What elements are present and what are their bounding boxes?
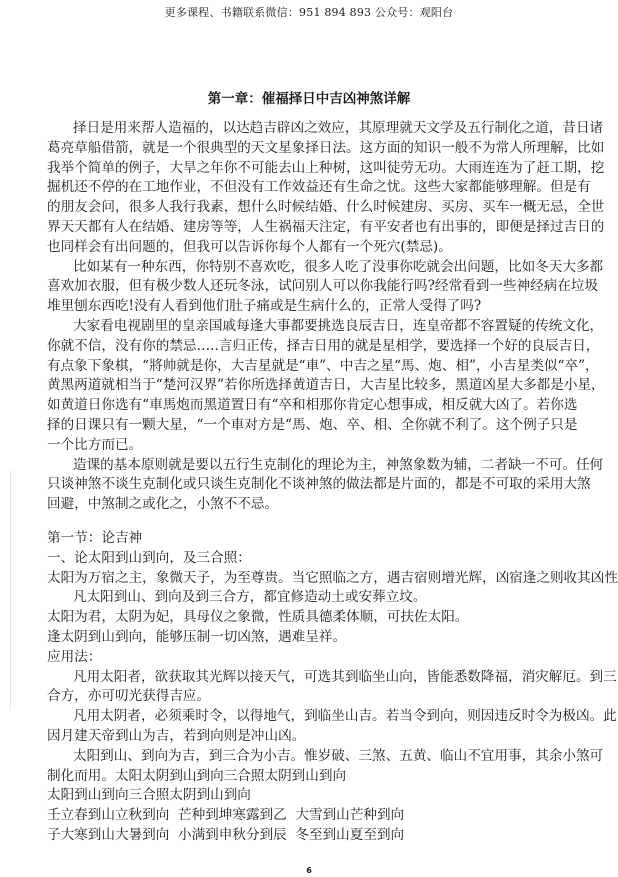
text-line: 比如某有一种东西，你特别不喜欢吃，很多人吃了没事你吃就会出问题，比如冬天大多都 bbox=[47, 258, 577, 278]
spacer bbox=[47, 515, 577, 529]
text-line: 的朋友会问，很多人我行我素，想什么时候结婚、什么时候建房、买房、买车一概无忌，全… bbox=[47, 198, 577, 218]
text-line: 喜欢加衣服，但有极少数人还玩冬泳，试问别人可以你我能行吗?经常看到一些神经病在垃… bbox=[47, 277, 577, 297]
text-line: 界天天都有人在结婚、建房等等，人生祸福天注定，有平安者也有出事的，即便是择过吉日… bbox=[47, 218, 577, 238]
paragraph: 造课的基本原则就是要以五行生克制化的理论为主，神煞象数为辅，二者缺一不可。任何 … bbox=[47, 456, 577, 515]
text-line: 合方，亦可叨光获得吉应。 bbox=[47, 687, 577, 707]
text-line: 凡用太阳者，欲获取其光辉以接天气，可选其到临坐山向，皆能悉数降福，消灾解厄。到三 bbox=[47, 668, 577, 688]
text-line: 太阳为万宿之主，象微天子，为至尊贵。当它照临之方，遇吉宿则增光辉，凶宿逢之则收其… bbox=[47, 569, 577, 589]
text-line: 制化而用。太阳太阴到山到向三合照太阴到山到向 bbox=[47, 767, 577, 787]
table-line: 太阳到山到向三合照太阴到山到向 bbox=[47, 786, 577, 806]
table-line: 子大寒到山大暑到向 小满到申秋分到辰 冬至到山夏至到向 bbox=[47, 826, 577, 846]
text-line: 一个比方而已。 bbox=[47, 436, 577, 456]
text-line: 太阳为君，太阴为妃，具母仪之象微，性质具德柔体顺，可扶佐太阳。 bbox=[47, 608, 577, 628]
section-title: 第一节：论吉神 bbox=[47, 529, 577, 549]
text-line: 大家看电视剧里的皇亲国戚每逢大事都要挑选良辰吉日，连皇帝都不容置疑的传统文化， bbox=[47, 317, 577, 337]
chapter-title: 第一章：催福择日中吉凶神煞详解 bbox=[0, 87, 618, 107]
text-line: 葛亮草船借箭，就是一个很典型的天文星象择日法。这方面的知识一般不为常人所理解，比… bbox=[47, 139, 577, 159]
text-line: 凡用太阴者，必须乘时令，以得地气，到临坐山吉。若当令到向，则因违反时令为极凶。此 bbox=[47, 707, 577, 727]
text-line: 回避，中煞制之或化之，小煞不不忌。 bbox=[47, 495, 577, 515]
text-line: 堆里刨东西吃!没有人看到他们肚子痛或是生病什么的，正常人受得了吗? bbox=[47, 297, 577, 317]
text-line: 有点象下象棋，“將帅就是你，大吉星就是“車”、中吉之星“馬、炮、相”，小吉星类似… bbox=[47, 357, 577, 377]
subsection-title: 一、论太阳到山到向，及三合照： bbox=[47, 549, 577, 569]
text-line: 逢太阴到山到向，能够压制一切凶煞，遇难呈祥。 bbox=[47, 628, 577, 648]
text-line: 如黄道日你选有“車馬炮而黑道置日有“卒和相那你肯定心想事成，相反就大凶了。若你选 bbox=[47, 396, 577, 416]
paragraph: 择日是用来帮人造福的，以达趋吉辟凶之效应，其原理就天文学及五行制化之道，昔日诸 … bbox=[47, 119, 577, 258]
text-line: 我举个简单的例子，大旱之年你不可能去山上种树，这叫徒劳无功。大雨连连为了赶工期，… bbox=[47, 159, 577, 179]
table-line: 壬立春到山立秋到向 芒种到坤寒露到乙 大雪到山芒种到向 bbox=[47, 806, 577, 826]
text-line: 择的日课只有一颗大星，“一个車对方是“馬、炮、卒、相、全你就不利了。这个例子只是 bbox=[47, 416, 577, 436]
text-line: 因月建天帝到山为吉，若到向则是冲山凶。 bbox=[47, 727, 577, 747]
text-line: 黄黑两道就相当于“楚河汉界”若你所选择黄道吉日，大吉星比较多，黑道凶星大多都是小… bbox=[47, 376, 577, 396]
document-body: 择日是用来帮人造福的，以达趋吉辟凶之效应，其原理就天文学及五行制化之道，昔日诸 … bbox=[47, 119, 577, 846]
paragraph: 比如某有一种东西，你特别不喜欢吃，很多人吃了没事你吃就会出问题，比如冬天大多都 … bbox=[47, 258, 577, 317]
text-line: 造课的基本原则就是要以五行生克制化的理论为主，神煞象数为辅，二者缺一不可。任何 bbox=[47, 456, 577, 476]
text-line: 应用法： bbox=[47, 648, 577, 668]
text-line: 凡太阳到山、到向及到三合方，都宜修造动土或安葬立坟。 bbox=[47, 588, 577, 608]
text-line: 掘机还不停的在工地作业，不但没有工作效益还有生命之忧。这些大家都能够理解。但是有 bbox=[47, 178, 577, 198]
paragraph: 大家看电视剧里的皇亲国戚每逢大事都要挑选良辰吉日，连皇帝都不容置疑的传统文化， … bbox=[47, 317, 577, 456]
text-line: 你就不信，没有你的禁忌…..言归正传，择吉日用的就是星相学，要选择一个好的良辰吉… bbox=[47, 337, 577, 357]
scan-margin-mark bbox=[10, 470, 11, 710]
text-line: 太阳到山、到向为吉，到三合为小吉。惟岁破、三煞、五黄、临山不宜用事，其余小煞可 bbox=[47, 747, 577, 767]
page-header: 更多课程、书籍联系微信：951 894 893 公众号：观阳台 bbox=[0, 4, 618, 20]
section: 第一节：论吉神 一、论太阳到山到向，及三合照： 太阳为万宿之主，象微天子，为至尊… bbox=[47, 529, 577, 846]
text-line: 只谈神煞不谈生克制化或只谈生克制化不谈神煞的做法都是片面的，都是不可取的采用大煞 bbox=[47, 475, 577, 495]
text-line: 择日是用来帮人造福的，以达趋吉辟凶之效应，其原理就天文学及五行制化之道，昔日诸 bbox=[47, 119, 577, 139]
text-line: 也同样会有出问题的，但我可以告诉你每个人都有一个死穴(禁忌)。 bbox=[47, 238, 577, 258]
page-number: 6 bbox=[0, 866, 618, 875]
